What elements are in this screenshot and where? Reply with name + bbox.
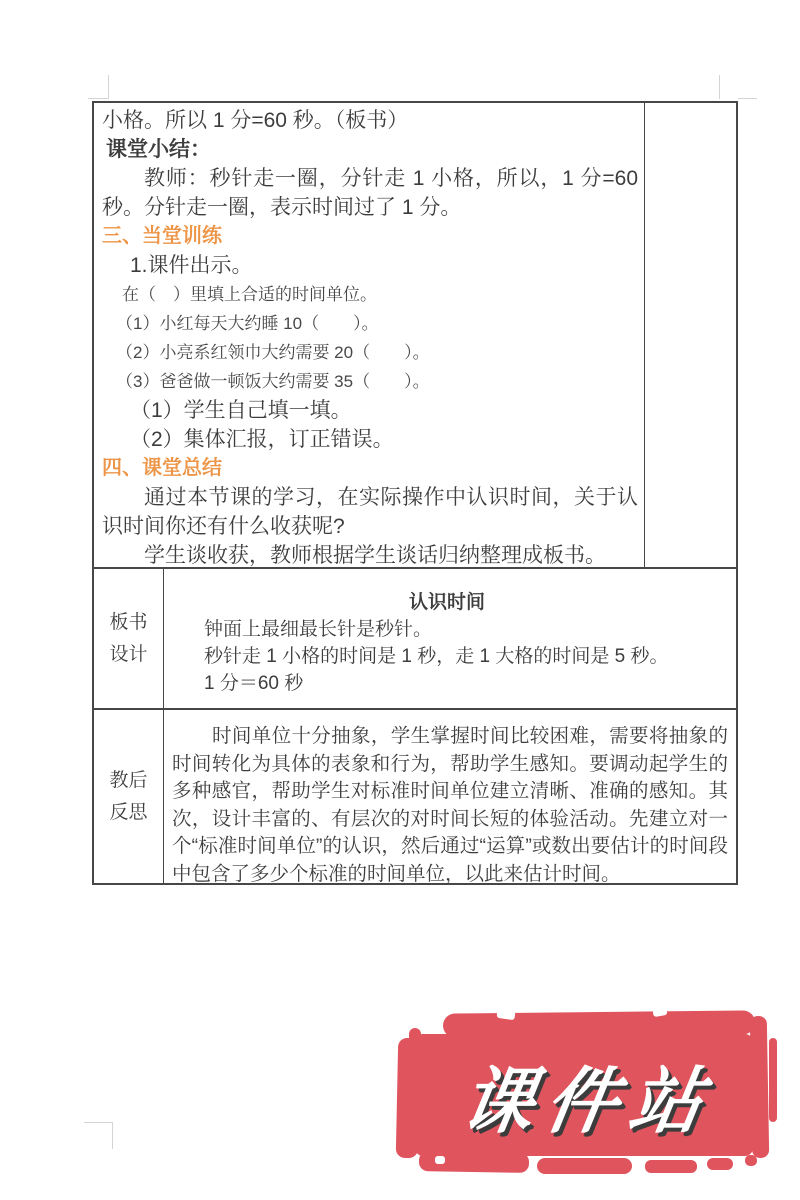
stamp-border-gap — [435, 1156, 445, 1164]
board-design-line: 钟面上最细最长针是秒针。 — [204, 616, 724, 643]
margin-mark-bottom-left-vertical — [112, 1122, 113, 1149]
exercise-intro: 在（ ）里填上合适的时间单位。 — [122, 280, 638, 309]
lesson-plan-table: 小格。所以 1 分=60 秒。（板书） 课堂小结： 教师：秒针走一圈，分针走 1… — [92, 101, 738, 885]
section4-paragraph: 学生谈收获，教师根据学生谈话归纳整理成板书。 — [102, 541, 638, 570]
class-summary-heading: 课堂小结： — [102, 135, 638, 164]
followup-item: （2）集体汇报，订正错误。 — [130, 425, 638, 454]
margin-mark-top-right-vertical — [719, 75, 720, 99]
row-label-text: 设计 — [109, 639, 147, 671]
stamp-border-stroke — [707, 1158, 733, 1170]
table-row-reflection: 教后 反思 时间单位十分抽象，学生掌握时间比较困难，需要将抽象的时间转化为具体的… — [94, 708, 736, 883]
board-design-line: 1 分＝60 秒 — [204, 670, 724, 697]
row-label-text: 教后 — [109, 765, 147, 797]
stamp-body: 课件站 — [415, 1034, 753, 1156]
document-page: 小格。所以 1 分=60 秒。（板书） 课堂小结： 教师：秒针走一圈，分针走 1… — [0, 0, 800, 1200]
board-design-title: 认识时间 — [170, 589, 724, 616]
table-row-board-design: 板书 设计 认识时间 钟面上最细最长针是秒针。 秒针走 1 小格的时间是 1 秒… — [94, 567, 736, 708]
margin-mark-top-left-horizontal — [88, 98, 109, 99]
courseware-item: 1.课件出示。 — [130, 251, 638, 280]
row-label-text: 板书 — [109, 607, 147, 639]
board-design-row-label: 板书 设计 — [94, 569, 164, 708]
exercise-item: （3）爸爸做一顿饭大约需要 35（ ）。 — [116, 367, 638, 396]
exercise-item: （2）小亮系红领巾大约需要 20（ ）。 — [116, 338, 638, 367]
board-note-line: 小格。所以 1 分=60 秒。（板书） — [102, 106, 638, 135]
reflection-paragraph: 时间单位十分抽象，学生掌握时间比较困难，需要将抽象的时间转化为具体的表象和行为，… — [164, 710, 736, 883]
margin-mark-top-left-vertical — [108, 75, 109, 99]
stamp-border-stroke — [645, 1160, 697, 1173]
section4-heading: 四、课堂总结 — [102, 454, 638, 483]
reflection-row-label: 教后 反思 — [94, 710, 164, 883]
exercise-item: （1）小红每天大约睡 10（ ）。 — [116, 309, 638, 338]
margin-mark-top-right-horizontal — [738, 98, 757, 99]
margin-mark-bottom-left-horizontal — [84, 1122, 113, 1123]
lesson-process-cell: 小格。所以 1 分=60 秒。（板书） 课堂小结： 教师：秒针走一圈，分针走 1… — [94, 103, 645, 567]
followup-item: （1）学生自己填一填。 — [130, 396, 638, 425]
board-design-cell: 认识时间 钟面上最细最长针是秒针。 秒针走 1 小格的时间是 1 秒，走 1 大… — [164, 569, 736, 708]
section3-heading: 三、当堂训练 — [102, 222, 638, 251]
class-summary-paragraph: 教师：秒针走一圈，分针走 1 小格，所以，1 分=60 秒。分针走一圈，表示时间… — [102, 164, 638, 222]
stamp-border-stroke — [745, 1155, 757, 1166]
kejianzhan-stamp-logo: 课件站 — [395, 1008, 780, 1180]
empty-side-cell — [645, 103, 736, 567]
stamp-text: 课件站 — [445, 1043, 723, 1147]
stamp-border-stroke — [537, 1158, 632, 1174]
section4-paragraph: 通过本节课的学习，在实际操作中认识时间，关于认识时间你还有什么收获呢? — [102, 483, 638, 541]
stamp-border-stroke — [769, 1038, 777, 1122]
board-design-line: 秒针走 1 小格的时间是 1 秒，走 1 大格的时间是 5 秒。 — [204, 643, 724, 670]
table-row-lesson-process: 小格。所以 1 分=60 秒。（板书） 课堂小结： 教师：秒针走一圈，分针走 1… — [94, 103, 736, 567]
row-label-text: 反思 — [109, 797, 147, 829]
